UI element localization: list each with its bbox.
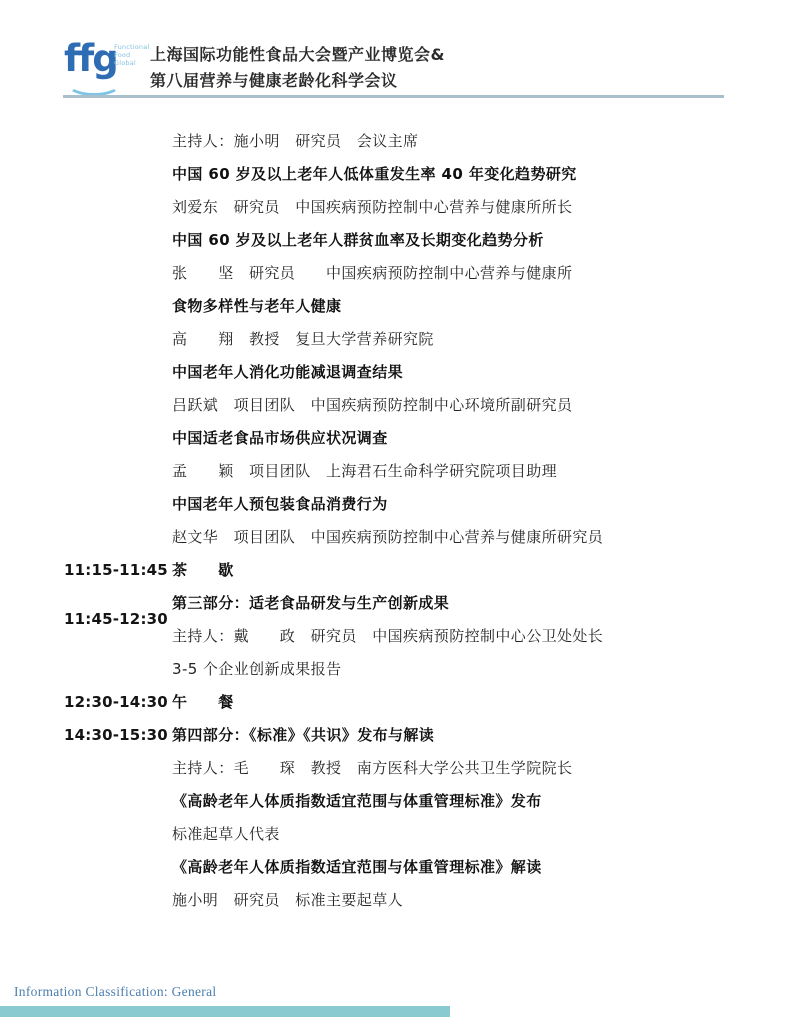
conference-title: 上海国际功能性食品大会暨产业博览会& 第八届营养与健康老龄化科学会议 [150, 40, 736, 94]
agenda-row: 《高龄老年人体质指数适宜范围与体重管理标准》解读 [64, 850, 752, 883]
agenda-time: 11:15-11:45 [64, 561, 172, 579]
agenda-row: 中国 60 岁及以上老年人群贫血率及长期变化趋势分析 [64, 223, 752, 256]
agenda-speaker-line: 高 翔 教授 复旦大学营养研究院 [172, 322, 752, 355]
agenda-row-content: 《高龄老年人体质指数适宜范围与体重管理标准》解读 [172, 850, 752, 883]
agenda-row-content: 中国 60 岁及以上老年人群贫血率及长期变化趋势分析 [172, 223, 752, 256]
agenda-row: 高 翔 教授 复旦大学营养研究院 [64, 322, 752, 355]
agenda-speaker-line: 孟 颖 项目团队 上海君石生命科学研究院项目助理 [172, 454, 752, 487]
agenda-row-content: 施小明 研究员 标准主要起草人 [172, 883, 752, 916]
agenda: 主持人：施小明 研究员 会议主席中国 60 岁及以上老年人低体重发生率 40 年… [64, 124, 752, 916]
agenda-session-title: 中国 60 岁及以上老年人低体重发生率 40 年变化趋势研究 [172, 157, 752, 190]
ffg-logo-swoosh-icon [67, 72, 121, 96]
agenda-session-title: 午 餐 [172, 685, 752, 718]
agenda-row-content: 3-5 个企业创新成果报告 [172, 652, 752, 685]
agenda-row: 施小明 研究员 标准主要起草人 [64, 883, 752, 916]
agenda-session-title: 第三部分：适老食品研发与生产创新成果 [172, 586, 752, 619]
agenda-row: 中国老年人消化功能减退调查结果 [64, 355, 752, 388]
agenda-row-content: 标准起草人代表 [172, 817, 752, 850]
agenda-row: 11:15-11:45茶 歇 [64, 553, 752, 586]
agenda-row: 中国老年人预包装食品消费行为 [64, 487, 752, 520]
agenda-session-title: 茶 歇 [172, 553, 752, 586]
agenda-row: 食物多样性与老年人健康 [64, 289, 752, 322]
agenda-row-content: 茶 歇 [172, 553, 752, 586]
ffg-tagline-line1: Functional [114, 43, 149, 51]
document-page: ffg Functional Food Global 上海国际功能性食品大会暨产… [0, 0, 788, 1024]
agenda-session-title: 中国 60 岁及以上老年人群贫血率及长期变化趋势分析 [172, 223, 752, 256]
agenda-speaker-line: 主持人：戴 政 研究员 中国疾病预防控制中心公卫处处长 [172, 619, 752, 652]
conference-title-line2: 第八届营养与健康老龄化科学会议 [150, 68, 736, 94]
agenda-row-content: 第三部分：适老食品研发与生产创新成果主持人：戴 政 研究员 中国疾病预防控制中心… [172, 586, 752, 652]
ffg-logo-tagline: Functional Food Global [114, 43, 149, 67]
agenda-row-content: 午 餐 [172, 685, 752, 718]
agenda-session-title: 食物多样性与老年人健康 [172, 289, 752, 322]
agenda-row-content: 中国 60 岁及以上老年人低体重发生率 40 年变化趋势研究 [172, 157, 752, 190]
agenda-row-content: 中国老年人预包装食品消费行为 [172, 487, 752, 520]
agenda-session-title: 《高龄老年人体质指数适宜范围与体重管理标准》发布 [172, 784, 752, 817]
ffg-logo: ffg Functional Food Global [64, 42, 156, 98]
agenda-row: 3-5 个企业创新成果报告 [64, 652, 752, 685]
agenda-speaker-line: 主持人：毛 琛 教授 南方医科大学公共卫生学院院长 [172, 751, 752, 784]
agenda-row: 中国 60 岁及以上老年人低体重发生率 40 年变化趋势研究 [64, 157, 752, 190]
information-classification-label: Information Classification: General [14, 984, 216, 1000]
agenda-row: 吕跃斌 项目团队 中国疾病预防控制中心环境所副研究员 [64, 388, 752, 421]
ffg-tagline-line3: Global [114, 59, 149, 67]
agenda-row-content: 孟 颖 项目团队 上海君石生命科学研究院项目助理 [172, 454, 752, 487]
agenda-row: 刘爱东 研究员 中国疾病预防控制中心营养与健康所所长 [64, 190, 752, 223]
agenda-row-content: 《高龄老年人体质指数适宜范围与体重管理标准》发布 [172, 784, 752, 817]
agenda-row-content: 第四部分：《标准》《共识》发布与解读 [172, 718, 752, 751]
agenda-row-content: 中国适老食品市场供应状况调查 [172, 421, 752, 454]
agenda-speaker-line: 3-5 个企业创新成果报告 [172, 652, 752, 685]
agenda-row: 孟 颖 项目团队 上海君石生命科学研究院项目助理 [64, 454, 752, 487]
agenda-time: 14:30-15:30 [64, 726, 172, 744]
header-divider [63, 95, 724, 98]
agenda-row-content: 主持人：毛 琛 教授 南方医科大学公共卫生学院院长 [172, 751, 752, 784]
agenda-row: 中国适老食品市场供应状况调查 [64, 421, 752, 454]
agenda-row-content: 吕跃斌 项目团队 中国疾病预防控制中心环境所副研究员 [172, 388, 752, 421]
conference-title-line1: 上海国际功能性食品大会暨产业博览会& [150, 42, 736, 68]
agenda-row-content: 刘爱东 研究员 中国疾病预防控制中心营养与健康所所长 [172, 190, 752, 223]
page-header: ffg Functional Food Global 上海国际功能性食品大会暨产… [64, 40, 736, 94]
agenda-session-title: 中国适老食品市场供应状况调查 [172, 421, 752, 454]
agenda-session-title: 第四部分：《标准》《共识》发布与解读 [172, 718, 752, 751]
agenda-row: 主持人：毛 琛 教授 南方医科大学公共卫生学院院长 [64, 751, 752, 784]
agenda-row-content: 中国老年人消化功能减退调查结果 [172, 355, 752, 388]
agenda-speaker-line: 吕跃斌 项目团队 中国疾病预防控制中心环境所副研究员 [172, 388, 752, 421]
agenda-row: 赵文华 项目团队 中国疾病预防控制中心营养与健康所研究员 [64, 520, 752, 553]
ffg-tagline-line2: Food [114, 51, 149, 59]
agenda-row: 14:30-15:30第四部分：《标准》《共识》发布与解读 [64, 718, 752, 751]
agenda-row: 主持人：施小明 研究员 会议主席 [64, 124, 752, 157]
agenda-row-content: 食物多样性与老年人健康 [172, 289, 752, 322]
agenda-speaker-line: 赵文华 项目团队 中国疾病预防控制中心营养与健康所研究员 [172, 520, 752, 553]
agenda-session-title: 中国老年人预包装食品消费行为 [172, 487, 752, 520]
agenda-speaker-line: 刘爱东 研究员 中国疾病预防控制中心营养与健康所所长 [172, 190, 752, 223]
agenda-row: 11:45-12:30第三部分：适老食品研发与生产创新成果主持人：戴 政 研究员… [64, 586, 752, 652]
agenda-row: 张 坚 研究员 中国疾病预防控制中心营养与健康所 [64, 256, 752, 289]
agenda-time: 11:45-12:30 [64, 610, 172, 628]
agenda-row: 标准起草人代表 [64, 817, 752, 850]
agenda-speaker-line: 张 坚 研究员 中国疾病预防控制中心营养与健康所 [172, 256, 752, 289]
agenda-row-content: 赵文华 项目团队 中国疾病预防控制中心营养与健康所研究员 [172, 520, 752, 553]
agenda-speaker-line: 标准起草人代表 [172, 817, 752, 850]
agenda-session-title: 《高龄老年人体质指数适宜范围与体重管理标准》解读 [172, 850, 752, 883]
agenda-speaker-line: 施小明 研究员 标准主要起草人 [172, 883, 752, 916]
agenda-speaker-line: 主持人：施小明 研究员 会议主席 [172, 124, 752, 157]
agenda-session-title: 中国老年人消化功能减退调查结果 [172, 355, 752, 388]
agenda-row: 《高龄老年人体质指数适宜范围与体重管理标准》发布 [64, 784, 752, 817]
agenda-row: 12:30-14:30午 餐 [64, 685, 752, 718]
agenda-row-content: 高 翔 教授 复旦大学营养研究院 [172, 322, 752, 355]
agenda-time: 12:30-14:30 [64, 693, 172, 711]
footer-teal-bar [0, 1006, 450, 1017]
agenda-row-content: 主持人：施小明 研究员 会议主席 [172, 124, 752, 157]
agenda-row-content: 张 坚 研究员 中国疾病预防控制中心营养与健康所 [172, 256, 752, 289]
